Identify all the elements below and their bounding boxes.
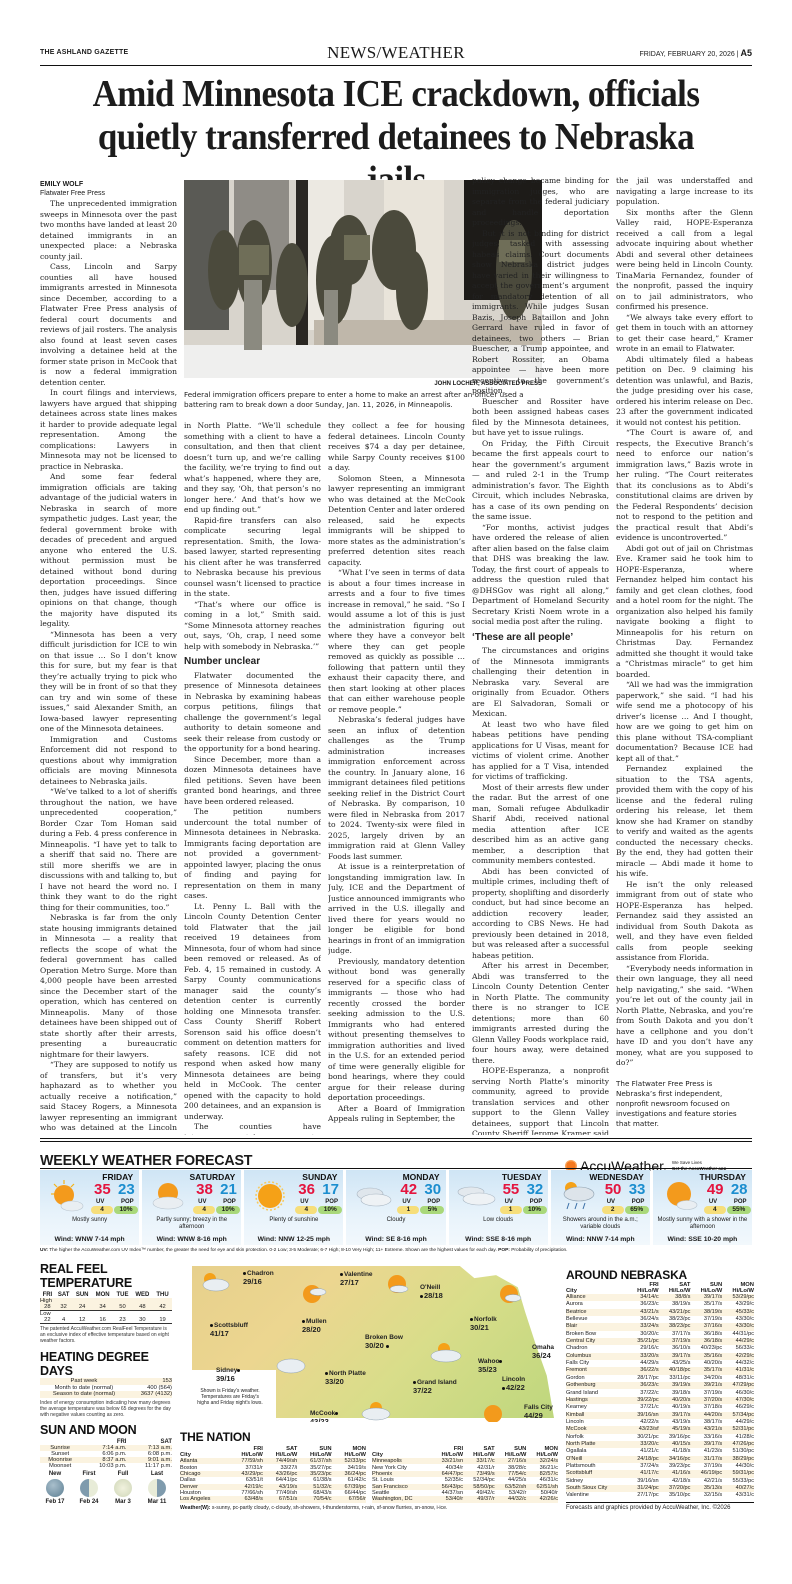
city: Ogallala xyxy=(566,1448,627,1455)
cell: 48/31/c xyxy=(722,1375,754,1382)
city-temps: 41/17 xyxy=(210,1330,248,1338)
cell: 33/16/s xyxy=(690,1434,722,1441)
uv-label: UV xyxy=(198,1199,206,1205)
paragraph: But it is not binding for district judge… xyxy=(472,229,609,397)
forecast-day-thursday: THURSDAY 49 28 UV POP 4 55% Mostly sunny… xyxy=(653,1170,752,1245)
paragraph: the jail was understaffed and navigating… xyxy=(616,176,753,208)
table-row: Scottsbluff41/17/c41/16/s46/19/pc59/31/p… xyxy=(566,1470,754,1477)
wind: Wind: SE 8-16 mph xyxy=(346,1236,445,1243)
cell: 27/17/pc xyxy=(627,1492,659,1499)
cloudy-icon xyxy=(352,1178,394,1214)
cell: 39/17/s xyxy=(690,1294,722,1301)
city: Fremont xyxy=(566,1367,627,1374)
date-text: FRIDAY, FEBRUARY 20, 2026 xyxy=(640,51,735,58)
hdd-label: Season to date (normal) xyxy=(40,1391,128,1398)
cell: 47/26/pc xyxy=(722,1441,754,1448)
cell: 39/16/sn xyxy=(627,1478,659,1485)
article-column-2: in North Platte. “We’ll schedule somethi… xyxy=(184,421,321,1135)
hdd-table: Past week153 Month to date (normal)400 (… xyxy=(40,1378,172,1398)
uv-explainer: UV: The higher the AccuWeather.com UV In… xyxy=(40,1248,568,1253)
cell: 38/23/pc xyxy=(659,1323,691,1330)
hdd-value: 3637 (4132) xyxy=(128,1391,172,1398)
map-mostly-sunny-icon xyxy=(495,1280,525,1308)
row-label: Moonset xyxy=(40,1463,80,1469)
cell: 43/21/s xyxy=(690,1426,722,1433)
new-moon-icon xyxy=(46,1479,64,1497)
weather-left-sidebar: REAL FEEL TEMPERATURE FRI SAT SUN MON TU… xyxy=(40,1262,172,1505)
paragraph: Abdi got out of jail on Christmas Eve. K… xyxy=(616,544,753,681)
cell: 52/31/pc xyxy=(722,1426,754,1433)
low-temp: 30 xyxy=(424,1181,441,1198)
cell: 35/16/s xyxy=(690,1353,722,1360)
city-dot xyxy=(210,1324,213,1327)
forecast-description: Cloudy xyxy=(348,1217,443,1224)
map-city-valentine: Valentine27/17 xyxy=(340,1271,373,1287)
cell: 41/23/s xyxy=(690,1448,722,1455)
cell: 38/19/s xyxy=(690,1309,722,1316)
nation-table-right: FRISATSUNMON CityHi/Lo/WHi/Lo/WHi/Lo/WHi… xyxy=(372,1446,558,1503)
weather-title: WEEKLY WEATHER FORECAST xyxy=(40,1152,252,1169)
uv-label: UV xyxy=(607,1199,615,1205)
map-partly-cloudy-icon xyxy=(198,1270,230,1292)
byline: EMILY WOLF Flatwater Free Press xyxy=(40,180,105,198)
paragraph: The unprecedented immigration sweeps in … xyxy=(40,199,177,262)
table-row: Lincoln42/22/s43/19/s38/17/s44/29/c xyxy=(566,1419,754,1426)
paragraph: “Minnesota has been a very difficult jur… xyxy=(40,630,177,735)
precip-probability: 5% xyxy=(420,1206,444,1214)
paragraph: After a Board of Immigration Appeals rul… xyxy=(328,1104,465,1125)
publisher-tagline: The Flatwater Free Press is Nebraska’s f… xyxy=(616,1079,753,1129)
cell: 41/17/c xyxy=(627,1470,659,1477)
cell: 43/21/pc xyxy=(659,1309,691,1316)
cell: 40/23/pc xyxy=(690,1345,722,1352)
paragraph: Previously, mandatory detention without … xyxy=(328,957,465,1104)
paragraph: “The Court is aware of, and respects, th… xyxy=(616,428,753,544)
paragraph: policy change became binding for immigra… xyxy=(472,176,609,229)
city-dot xyxy=(386,1345,389,1348)
nation-table-left: FRISATSUNMON CityHi/Lo/WHi/Lo/WHi/Lo/WHi… xyxy=(180,1446,366,1503)
city-name: North Platte xyxy=(329,1370,366,1377)
cell: 63/48/s xyxy=(229,1496,263,1502)
cell: 30/20/c xyxy=(627,1331,659,1338)
precip-probability: 10% xyxy=(216,1206,240,1214)
cell: 42/22/s xyxy=(627,1419,659,1426)
paragraph: HOPE-Esperanza, a nonprofit serving Nort… xyxy=(472,1066,609,1135)
paragraph: The petition numbers undercount the tota… xyxy=(184,807,321,902)
paragraph: “All we had was the immigration paperwor… xyxy=(616,680,753,764)
uv-label: UV xyxy=(300,1199,308,1205)
high-temp: 50 xyxy=(605,1181,622,1198)
uv-label: UV xyxy=(709,1199,717,1205)
hdd-note: Index of energy consumption indicating h… xyxy=(40,1400,172,1418)
city-name: Lincoln xyxy=(502,1376,525,1383)
table-row: South Sioux City31/24/pc37/20/pc35/13/s4… xyxy=(566,1485,754,1492)
cell: 30/21/pc xyxy=(627,1434,659,1441)
city-temps-wrap: 28/18 xyxy=(420,1292,443,1300)
precip-probability: 10% xyxy=(318,1206,342,1214)
paragraph: Nebraska’s federal judges have seen an i… xyxy=(328,715,465,862)
map-city-mullen: Mullen28/20 xyxy=(302,1318,327,1334)
partly-sunny-icon xyxy=(148,1178,190,1214)
city-name: O'Neill xyxy=(420,1284,440,1291)
forecast-description: Plenty of sunshine xyxy=(246,1217,341,1224)
cell: 39/22/pc xyxy=(627,1397,659,1404)
col-header: SAT xyxy=(126,1437,172,1445)
table-row: Valentine27/17/pc35/10/pc32/15/s43/31/c xyxy=(566,1492,754,1499)
cell: 44/20/s xyxy=(690,1412,722,1419)
cell: 44/32/c xyxy=(722,1360,754,1367)
city-name: Broken Bow xyxy=(365,1334,403,1341)
cell: 37/16/s xyxy=(690,1323,722,1330)
city-name: Sidney xyxy=(216,1367,237,1374)
nation-tables: FRISATSUNMON CityHi/Lo/WHi/Lo/WHi/Lo/WHi… xyxy=(180,1446,560,1503)
precip-probability: 65% xyxy=(625,1206,649,1214)
cell: 41/18/s xyxy=(659,1448,691,1455)
city: Sidney xyxy=(566,1478,627,1485)
city: North Platte xyxy=(566,1441,627,1448)
uv-label: UV xyxy=(505,1199,513,1205)
cell: 38/19/s xyxy=(659,1301,691,1308)
high-temp: 38 xyxy=(196,1181,213,1198)
city-name: Wahoo xyxy=(478,1358,499,1365)
cell: 44/29/c xyxy=(722,1338,754,1345)
city-temps: 28/20 xyxy=(302,1326,327,1334)
cell: 44/31/pc xyxy=(722,1331,754,1338)
author-name: EMILY WOLF xyxy=(40,180,105,189)
cell: 42/21/s xyxy=(690,1478,722,1485)
pop-label: POP xyxy=(121,1199,134,1205)
precip-probability: 10% xyxy=(523,1206,547,1214)
cell: 41/21/c xyxy=(627,1448,659,1455)
city-temps: 37/22 xyxy=(413,1387,457,1395)
paragraph: they collect a fee for housing federal d… xyxy=(328,421,465,474)
map-city-grand-island: Grand Island37/22 xyxy=(413,1379,457,1395)
city-temps: 28/18 xyxy=(424,1291,443,1300)
table-row: Chadron29/16/c36/10/s40/23/pc56/33/c xyxy=(566,1345,754,1352)
cell: 36/10/s xyxy=(659,1345,691,1352)
cell: 38/8/s xyxy=(659,1294,691,1301)
low-temp: 23 xyxy=(118,1181,135,1198)
city: Beatrice xyxy=(566,1309,627,1316)
cell: 37/17/s xyxy=(659,1331,691,1338)
cell: 33/24/s xyxy=(627,1323,659,1330)
pop-label: POP xyxy=(427,1199,440,1205)
city: Kimball xyxy=(566,1412,627,1419)
city-dot xyxy=(413,1381,416,1384)
forecast-day-monday: MONDAY 42 30 UV POP 1 5% Cloudy Wind: SE… xyxy=(346,1170,445,1245)
cell: 39/16/pc xyxy=(659,1434,691,1441)
hdd-value: 400 (564) xyxy=(128,1385,172,1392)
table-row: Gordon28/17/pc33/11/pc34/20/s48/31/c xyxy=(566,1375,754,1382)
phase-date: Mar 11 xyxy=(142,1499,172,1505)
section-title: NEWS/WEATHER xyxy=(327,43,465,63)
legend-text: s-sunny, pc-partly cloudy, c-cloudy, sh-… xyxy=(212,1505,448,1511)
cell: 34/14/c xyxy=(627,1294,659,1301)
table-row: Columbus33/20/s39/17/s35/16/s42/29/c xyxy=(566,1353,754,1360)
paragraph: Flatwater documented the presence of Min… xyxy=(184,671,321,755)
table-row: Blair33/24/s38/23/pc37/16/s43/30/c xyxy=(566,1323,754,1330)
cell: 35/21/pc xyxy=(627,1338,659,1345)
uv-label: UV xyxy=(402,1199,410,1205)
table-row: Plattsmouth37/24/s39/23/pc37/19/s44/30/c xyxy=(566,1463,754,1470)
table-row: Ogallala41/21/c41/18/s41/23/s51/30/pc xyxy=(566,1448,754,1455)
city-temps: 33/20 xyxy=(325,1378,366,1386)
map-city-oneill: O'Neill28/18 xyxy=(420,1284,443,1300)
cell: 56/33/c xyxy=(722,1345,754,1352)
map-partly-cloudy-icon xyxy=(360,1400,392,1422)
moon-phases: NewFeb 17 FirstFeb 24 FullMar 3 LastMar … xyxy=(40,1471,172,1505)
city: O'Neill xyxy=(566,1456,627,1463)
paragraph: Cass, Lincoln and Sarpy counties all hav… xyxy=(40,262,177,388)
cell: 37/19/s xyxy=(659,1338,691,1345)
map-city-falls-city: Falls City44/29 xyxy=(524,1404,553,1420)
first-quarter-moon-icon xyxy=(80,1479,98,1497)
map-city-broken-bow: Broken Bow30/20 xyxy=(365,1334,403,1350)
city-temps: 36/24 xyxy=(532,1352,554,1360)
paragraph: Fernandez explained the situation to the… xyxy=(616,764,753,880)
map-city-norfolk: Norfolk30/21 xyxy=(470,1316,497,1332)
map-partly-cloudy-icon xyxy=(428,1340,464,1366)
cell: 36/23/c xyxy=(627,1301,659,1308)
table-row: Beatrice43/21/s43/21/pc38/19/s45/33/c xyxy=(566,1309,754,1316)
city: Central City xyxy=(566,1338,627,1345)
pop-label: POP xyxy=(530,1199,543,1205)
hdd-label: Month to date (normal) xyxy=(40,1385,128,1392)
city: Chadron xyxy=(566,1345,627,1352)
paragraph: in North Platte. “We’ll schedule somethi… xyxy=(184,421,321,516)
moon-phase-last: LastMar 11 xyxy=(142,1471,172,1505)
day-header: SUN xyxy=(72,1290,91,1298)
phase-name: Last xyxy=(142,1471,172,1477)
realfeel-low: 16 xyxy=(92,1317,113,1324)
cell: 40/19/s xyxy=(659,1404,691,1411)
city: Bellevue xyxy=(566,1316,627,1323)
wind: Wind: NNW 7-14 mph xyxy=(551,1236,650,1243)
map-city-wahoo: Wahoo35/23 xyxy=(478,1358,503,1374)
realfeel-title: REAL FEEL TEMPERATURE xyxy=(40,1262,172,1290)
table-row: Alliance34/14/c38/8/s39/17/s53/29/pc xyxy=(566,1294,754,1301)
city-temps: 29/16 xyxy=(243,1278,274,1286)
wind: Wind: SSE 10-20 mph xyxy=(653,1236,752,1243)
paragraph: Six months after the Glenn Valley raid, … xyxy=(616,208,753,313)
city-temps-wrap: 42/22 xyxy=(502,1384,525,1392)
high-temp: 55 xyxy=(503,1181,520,1198)
cell: 39/23/pc xyxy=(659,1463,691,1470)
table-row: O'Neill24/18/pc34/16/pc31/17/s38/29/pc xyxy=(566,1456,754,1463)
precip-probability: 10% xyxy=(114,1206,138,1214)
subhead-these-are-all-people: ‘These are all people’ xyxy=(472,633,609,644)
city-temps: 39/16 xyxy=(216,1375,241,1383)
nation-title: THE NATION xyxy=(180,1430,560,1444)
phase-date: Feb 17 xyxy=(40,1499,70,1505)
low-temp: 33 xyxy=(629,1181,646,1198)
cell: 43/30/c xyxy=(722,1323,754,1330)
uv-index: 2 xyxy=(602,1206,624,1214)
realfeel-low: 23 xyxy=(113,1317,131,1324)
sunmoon-table: FRISAT Sunrise7:14 a.m.7:13 a.m. Sunset6… xyxy=(40,1437,172,1469)
cell: 39/18/s xyxy=(659,1389,691,1396)
mostly-sunny-icon xyxy=(46,1178,88,1214)
cell: 41/31/c xyxy=(722,1367,754,1374)
cell: 31/24/pc xyxy=(627,1485,659,1492)
table-row: Broken Bow30/20/c37/17/s36/18/s44/31/pc xyxy=(566,1331,754,1338)
city-name: Scottsbluff xyxy=(214,1322,248,1329)
sunmoon-table-wrap: FRISAT Sunrise7:14 a.m.7:13 a.m. Sunset6… xyxy=(40,1437,172,1469)
paragraph: Buescher and Rossiter have both been ass… xyxy=(472,397,609,439)
article-column-5: the jail was understaffed and navigating… xyxy=(616,176,753,1135)
city-temps: 27/17 xyxy=(340,1279,373,1287)
table-row: Falls City44/29/s43/25/s40/20/s44/32/c xyxy=(566,1360,754,1367)
cell: 39/21/s xyxy=(690,1382,722,1389)
phase-date: Mar 3 xyxy=(108,1499,138,1505)
cell: 51/30/pc xyxy=(722,1448,754,1455)
hdd-title: HEATING DEGREE DAYS xyxy=(40,1350,172,1378)
wind: Wind: NNW 12-25 mph xyxy=(244,1236,343,1243)
paper-name: THE ASHLAND GAZETTE xyxy=(40,49,240,56)
seven-day-forecast: FRIDAY 35 23 UV POP 4 10% Mostly sunny W… xyxy=(40,1170,752,1245)
city-name: Omaha xyxy=(532,1344,554,1351)
paragraph: Rapid-fire transfers can also complicate… xyxy=(184,516,321,600)
city: Scottsbluff xyxy=(566,1470,627,1477)
city: Aurora xyxy=(566,1301,627,1308)
cell: 44/29/c xyxy=(722,1419,754,1426)
city-dot xyxy=(325,1372,328,1375)
cell: 36/18/s xyxy=(690,1338,722,1345)
wind: Wind: SSE 8-16 mph xyxy=(449,1236,548,1243)
map-note: Shown is Friday's weather. Temperatures … xyxy=(195,1388,265,1407)
forecast-day-friday: FRIDAY 35 23 UV POP 4 10% Mostly sunny W… xyxy=(40,1170,139,1245)
cell: 43/23/sf xyxy=(627,1426,659,1433)
cell: 34/20/s xyxy=(690,1375,722,1382)
table-row: Sidney39/16/sn42/18/s42/21/s55/33/pc xyxy=(566,1478,754,1485)
city-dot xyxy=(502,1387,505,1390)
city-name: Norfolk xyxy=(474,1316,497,1323)
sunny-icon xyxy=(250,1178,292,1214)
forecast-day-wednesday: WEDNESDAY 50 33 UV POP 2 65% Showers aro… xyxy=(551,1170,650,1245)
cell: 45/19/s xyxy=(659,1426,691,1433)
realfeel-table: FRI SAT SUN MON TUE WED THU High 28 32 2… xyxy=(40,1290,172,1324)
cell: 37/19/s xyxy=(690,1316,722,1323)
pop-note-label: POP: xyxy=(498,1248,510,1253)
cell: 40/20/s xyxy=(659,1397,691,1404)
day-header: FRI xyxy=(40,1290,55,1298)
paragraph: “We always take every effort to get them… xyxy=(616,313,753,355)
cell: 39/16/sn xyxy=(627,1412,659,1419)
city-temps-wrap: 30/20 xyxy=(365,1342,403,1350)
cell: 36/23/c xyxy=(627,1382,659,1389)
city-temps: 43/23 xyxy=(310,1418,339,1422)
city-dot xyxy=(237,1369,240,1372)
cell: 40/27/c xyxy=(722,1485,754,1492)
city-dot xyxy=(420,1295,423,1298)
weather-code-legend: Weather(W): s-sunny, pc-partly cloudy, c… xyxy=(180,1505,560,1511)
high-temp: 49 xyxy=(707,1181,724,1198)
map-city-omaha: Omaha36/24 xyxy=(532,1344,554,1360)
city-dot xyxy=(470,1318,473,1321)
day-header: SAT xyxy=(55,1290,73,1298)
forecast-day-sunday: SUNDAY 36 17 UV POP 4 10% Plenty of suns… xyxy=(244,1170,343,1245)
cell: 37/19/s xyxy=(690,1463,722,1470)
city: Kearney xyxy=(566,1404,627,1411)
tagline-line-1: We Save Lives xyxy=(672,1160,702,1165)
paragraph: After his arrest in December, Abdi was t… xyxy=(472,961,609,1066)
article-column-4: policy change became binding for immigra… xyxy=(472,176,609,1135)
city: Blair xyxy=(566,1323,627,1330)
cell: 33/11/pc xyxy=(659,1375,691,1382)
uv-index: 1 xyxy=(397,1206,419,1214)
sunmoon-title: SUN AND MOON xyxy=(40,1423,172,1437)
cell: 29/16/c xyxy=(627,1345,659,1352)
cell: 55/33/pc xyxy=(722,1478,754,1485)
pop-label: POP xyxy=(325,1199,338,1205)
city: Valentine xyxy=(566,1492,627,1499)
city-name: McCook xyxy=(310,1410,335,1417)
realfeel-low: 22 xyxy=(40,1317,55,1324)
uv-index: 1 xyxy=(500,1206,522,1214)
cell: 43/19/s xyxy=(659,1419,691,1426)
city-temps: 44/29 xyxy=(524,1412,553,1420)
cell: 36/22/s xyxy=(627,1367,659,1374)
table-row: Kearney37/21/c40/19/s37/18/s46/29/c xyxy=(566,1404,754,1411)
cell: 38/23/pc xyxy=(659,1316,691,1323)
hdd-value: 153 xyxy=(128,1378,172,1385)
city-temps: 35/23 xyxy=(478,1366,503,1374)
cell: 37/18/s xyxy=(690,1404,722,1411)
city: Plattsmouth xyxy=(566,1463,627,1470)
paragraph: Nebraska is far from the only state hous… xyxy=(40,913,177,1060)
cell: 45/33/c xyxy=(722,1309,754,1316)
moon-phase-new: NewFeb 17 xyxy=(40,1471,70,1505)
phase-name: Full xyxy=(108,1471,138,1477)
around-nebraska-table: FRISATSUNMON CityHi/Lo/WHi/Lo/WHi/Lo/WHi… xyxy=(566,1282,754,1500)
cell: 33/20/s xyxy=(627,1353,659,1360)
cell: 53/29/pc xyxy=(722,1294,754,1301)
city-dot xyxy=(243,1272,246,1275)
table-row: Central City35/21/pc37/19/s36/18/s44/29/… xyxy=(566,1338,754,1345)
table-row: Kimball39/16/sn39/17/s44/20/s57/34/pc xyxy=(566,1412,754,1419)
city-dot xyxy=(302,1320,305,1323)
cell: 38/29/pc xyxy=(722,1456,754,1463)
cell: 38/17/s xyxy=(690,1419,722,1426)
city: Grand Island xyxy=(566,1389,627,1396)
paragraph: “What I’ve seen in terms of data is abou… xyxy=(328,568,465,715)
cell: 47/30/c xyxy=(722,1397,754,1404)
forecast-description: Mostly sunny xyxy=(42,1217,137,1224)
table-row: Gothenburg36/23/c39/19/s39/21/s47/29/pc xyxy=(566,1382,754,1389)
cell: 43/30/c xyxy=(722,1316,754,1323)
city: Gordon xyxy=(566,1375,627,1382)
cell: 70/54/c xyxy=(297,1496,331,1502)
pop-note-text: Probability of precipitation. xyxy=(511,1248,567,1253)
forecast-description: Showers around in the a.m.; variable clo… xyxy=(553,1217,648,1231)
uv-index: 4 xyxy=(91,1206,113,1214)
table-row: Norfolk30/21/pc39/16/pc33/16/s41/28/c xyxy=(566,1434,754,1441)
paragraph: The counties have intergovernmental agre… xyxy=(184,1122,321,1135)
city: Broken Bow xyxy=(566,1331,627,1338)
paragraph: Abdi ultimately filed a habeas petition … xyxy=(616,355,753,429)
city-dot xyxy=(499,1360,502,1363)
cell: 37/20/s xyxy=(690,1397,722,1404)
city: Falls City xyxy=(566,1360,627,1367)
time-value: 10:03 p.m. xyxy=(80,1463,126,1469)
paragraph: “We’ve talked to a lot of sheriffs throu… xyxy=(40,787,177,913)
high-temp: 35 xyxy=(94,1181,111,1198)
city-temps: 30/20 xyxy=(365,1341,384,1350)
cell: 46/29/c xyxy=(722,1404,754,1411)
map-sunny-icon xyxy=(383,1272,413,1296)
low-temp: 17 xyxy=(322,1181,339,1198)
cell: 35/17/s xyxy=(690,1367,722,1374)
